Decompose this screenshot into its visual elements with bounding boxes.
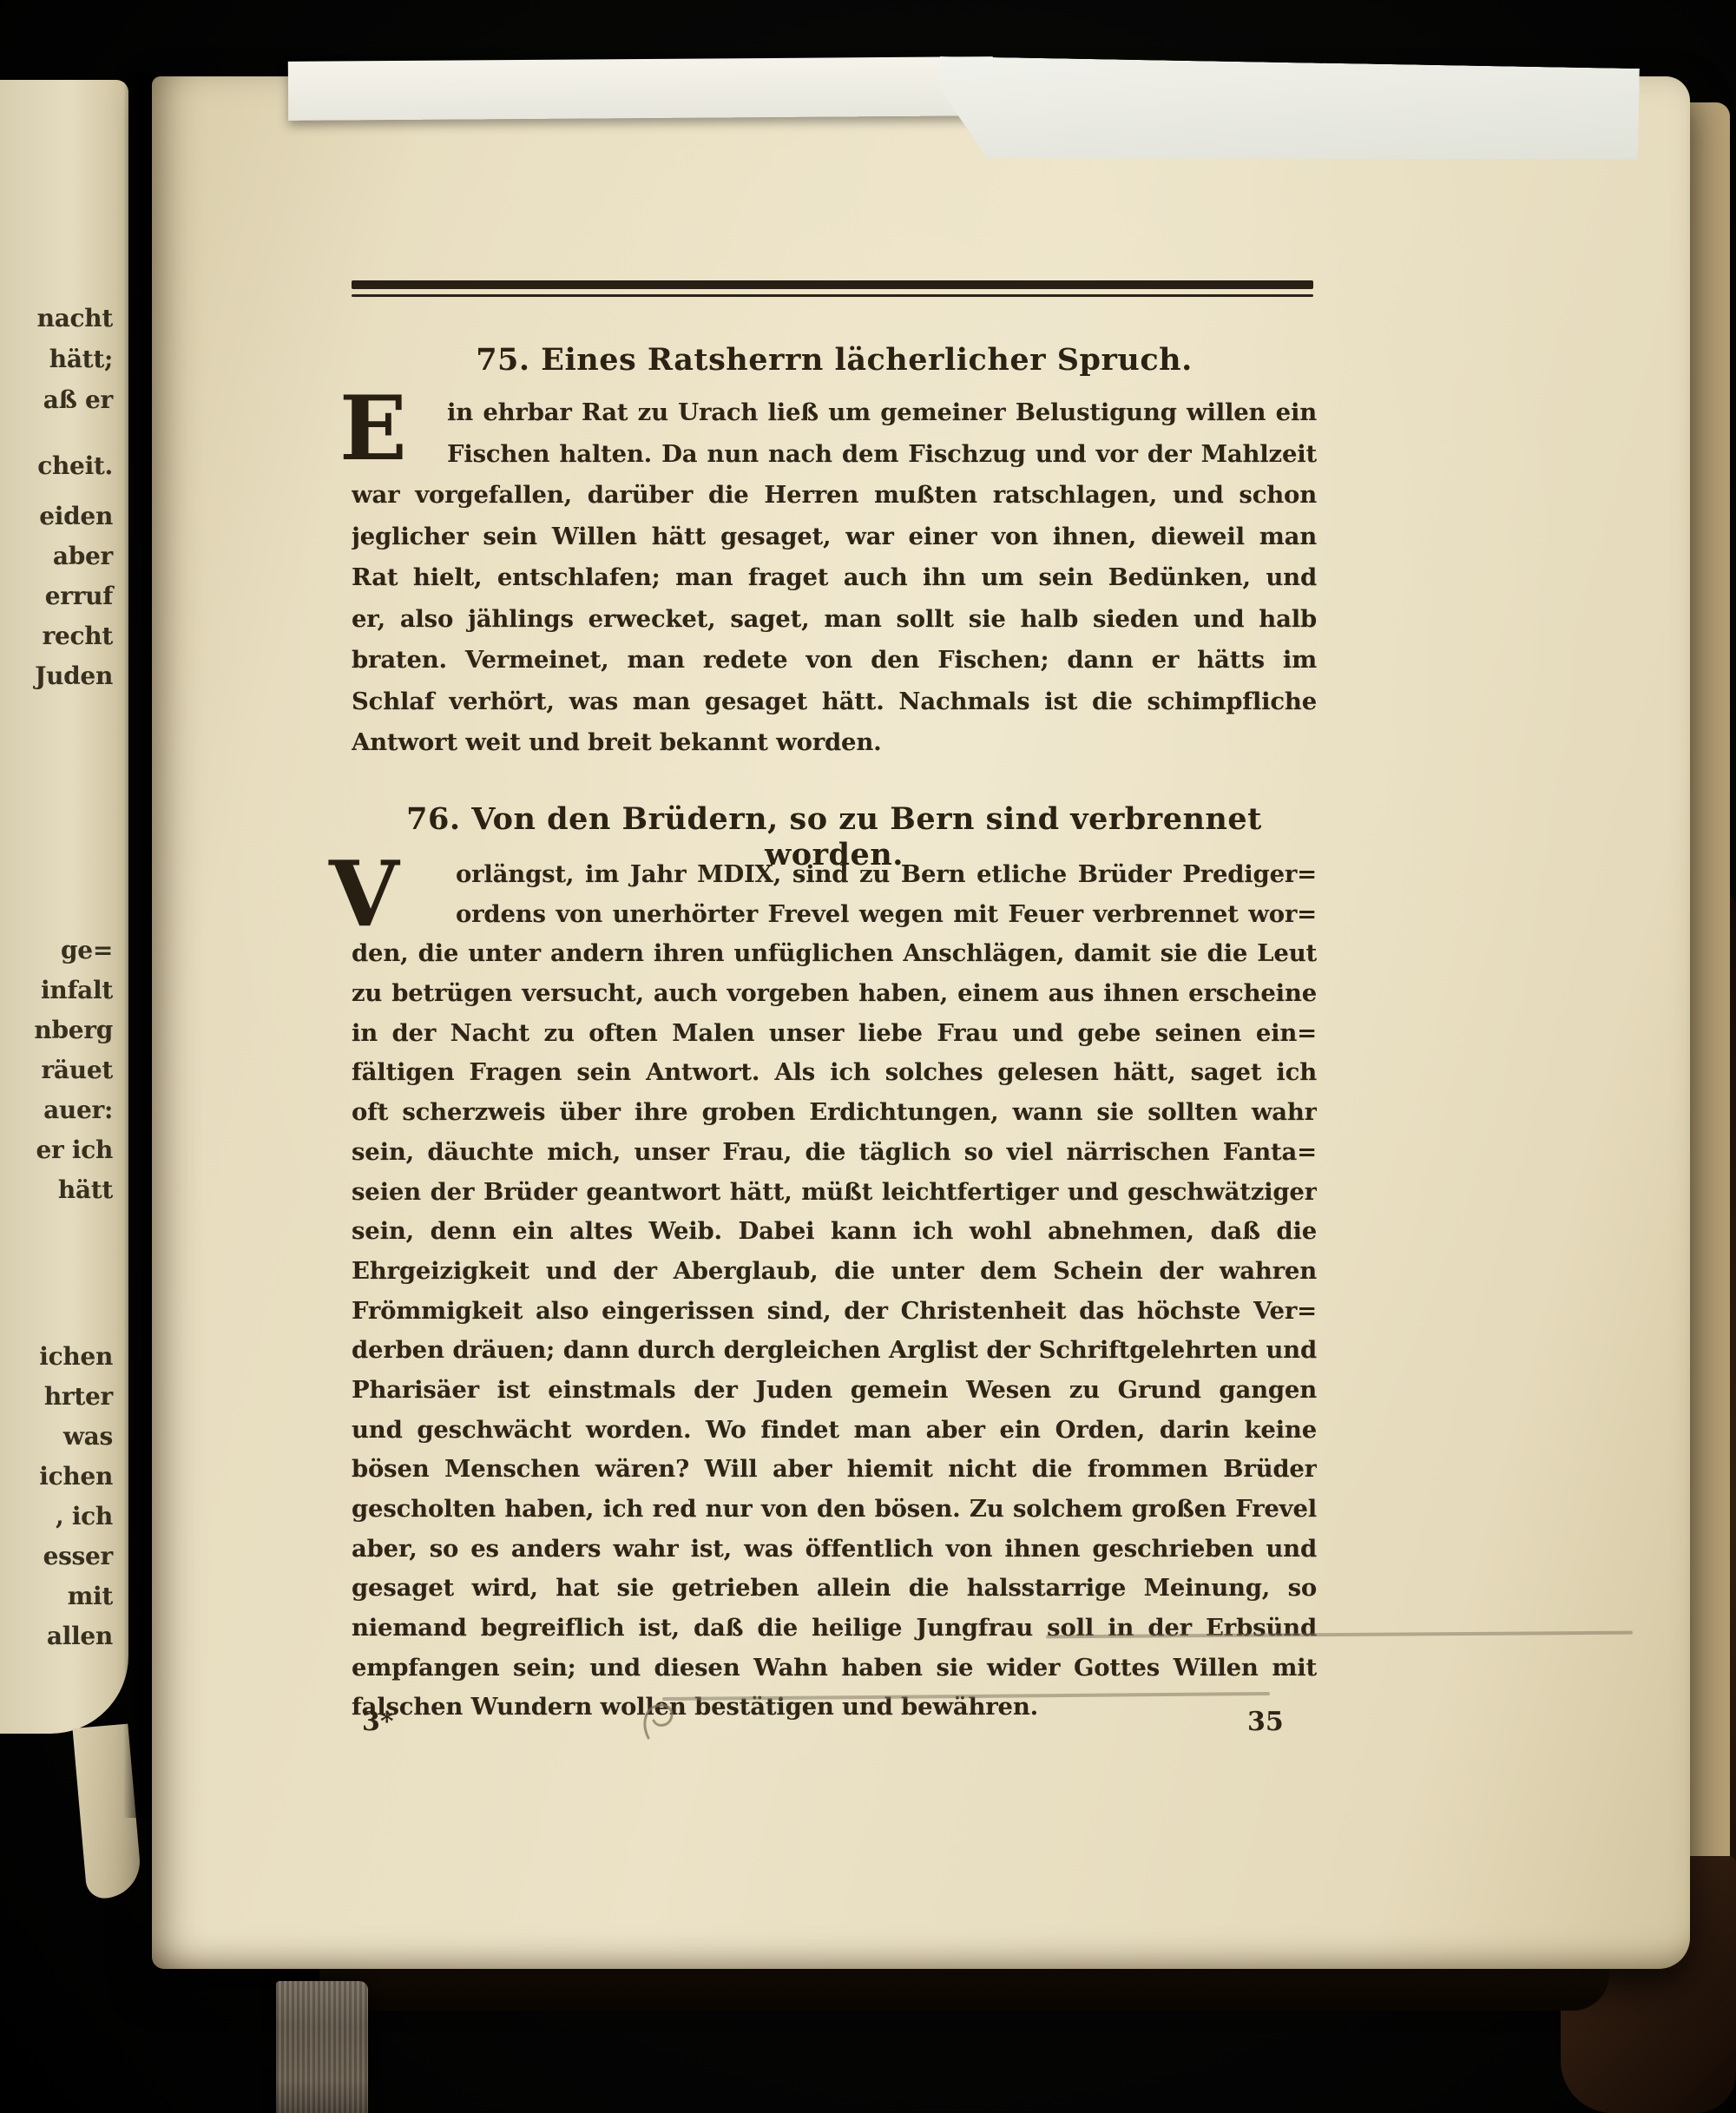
- text-line: fältigen Fragen sein Antwort. Als ich so…: [352, 1053, 1317, 1093]
- left-page-fragment: Juden: [0, 662, 113, 690]
- pencil-doodle: [636, 1698, 681, 1747]
- text-line: den, die unter andern ihren unfüglichen …: [352, 934, 1317, 974]
- left-page-fragment: recht: [0, 622, 113, 650]
- left-page-fragment: esser: [0, 1542, 113, 1570]
- text-line: sein, denn ein altes Weib. Dabei kann ic…: [352, 1212, 1317, 1252]
- loose-paper-sheet-right: [938, 56, 1640, 169]
- text-line: sein, däuchte mich, unser Frau, die tägl…: [352, 1133, 1317, 1173]
- text-line: zu betrügen versucht, auch vorgeben habe…: [352, 974, 1317, 1014]
- left-page-fragment: hätt: [0, 1175, 113, 1204]
- left-page-fragment: räuet: [0, 1056, 113, 1084]
- loose-paper-sheet-left: [288, 56, 993, 121]
- left-page-fragment: aber: [0, 542, 113, 570]
- bookmark-ribbon: [276, 1981, 368, 2113]
- left-page-fragment: infalt: [0, 976, 113, 1004]
- left-page-fragment: erruf: [0, 582, 113, 610]
- text-line: braten. Vermeinet, man redete von den Fi…: [352, 640, 1317, 681]
- text-line: ordens von unerhörter Frevel wegen mit F…: [352, 895, 1317, 935]
- rule-thin-bar: [352, 294, 1313, 297]
- book-page: 75. Eines Ratsherrn lächerlicher Spruch.…: [152, 76, 1690, 1969]
- left-page-fragment: nberg: [0, 1016, 113, 1044]
- dropcap-initial-V: V: [329, 852, 399, 937]
- text-line: Ehrgeizigkeit und der Aberglaub, die unt…: [352, 1252, 1317, 1292]
- text-line: orlängst, im Jahr MDIX, sind zu Bern etl…: [352, 855, 1317, 895]
- text-line: gesaget wird, hat sie getrieben allein d…: [352, 1569, 1317, 1609]
- text-line: Pharisäer ist einstmals der Juden gemein…: [352, 1371, 1317, 1411]
- text-line: Schlaf verhört, was man gesaget hätt. Na…: [352, 681, 1317, 723]
- text-line: er, also jählings erwecket, saget, man s…: [352, 599, 1317, 641]
- text-line: aber, so es anders wahr ist, was öffentl…: [352, 1530, 1317, 1570]
- left-page-fragment: hrter: [0, 1382, 113, 1411]
- left-page-sliver: nacht hätt; aß er cheit. eiden aber erru…: [0, 80, 128, 1734]
- book-photograph: nacht hätt; aß er cheit. eiden aber erru…: [0, 0, 1736, 2113]
- text-line: oft scherzweis über ihre groben Erdichtu…: [352, 1093, 1317, 1133]
- dropcap-initial-E: E: [339, 387, 407, 471]
- section-divider-rule: [352, 280, 1313, 297]
- section-75-paragraph: E in ehrbar Rat zu Urach ließ um gemeine…: [352, 392, 1317, 764]
- section-76-paragraph: V orlängst, im Jahr MDIX, sind zu Bern e…: [352, 855, 1317, 1728]
- section-75-heading: 75. Eines Ratsherrn lächerlicher Spruch.: [352, 342, 1317, 378]
- left-page-fragment: er ich: [0, 1135, 113, 1164]
- left-page-fragment: auer:: [0, 1096, 113, 1124]
- text-line: Antwort weit und breit bekannt worden.: [352, 722, 1317, 764]
- left-page-fragment: allen: [0, 1622, 113, 1650]
- text-line: gescholten haben, ich red nur von den bö…: [352, 1490, 1317, 1530]
- left-page-fragment: , ich: [0, 1502, 113, 1530]
- text-line: jeglicher sein Willen hätt gesaget, war …: [352, 517, 1317, 558]
- left-page-fragment: ichen: [0, 1462, 113, 1491]
- left-page-fragment: ge=: [0, 936, 113, 964]
- left-page-fragment: eiden: [0, 502, 113, 530]
- left-page-fragment: aß er: [0, 385, 113, 414]
- text-line: derben dräuen; dann durch dergleichen Ar…: [352, 1331, 1317, 1371]
- left-page-fragment: was: [0, 1422, 113, 1451]
- rule-thick-bar: [352, 280, 1313, 289]
- text-line: Rat hielt, entschlafen; man fraget auch …: [352, 557, 1317, 599]
- text-line: in der Nacht zu often Malen unser liebe …: [352, 1014, 1317, 1054]
- left-page-fragment: cheit.: [0, 451, 113, 480]
- left-page-fragment: ichen: [0, 1342, 113, 1371]
- text-line: Fischen halten. Da nun nach dem Fischzug…: [352, 434, 1317, 476]
- text-line: und geschwächt worden. Wo findet man abe…: [352, 1411, 1317, 1451]
- text-line: empfangen sein; und diesen Wahn haben si…: [352, 1649, 1317, 1688]
- left-page-fragment: mit: [0, 1582, 113, 1610]
- left-page-fragment: nacht: [0, 304, 113, 332]
- text-line: seien der Brüder geantwort hätt, müßt le…: [352, 1173, 1317, 1213]
- text-line: niemand begreiflich ist, daß die heilige…: [352, 1609, 1317, 1649]
- left-page-fragment: hätt;: [0, 345, 113, 373]
- page-number: 35: [1247, 1707, 1284, 1737]
- text-line: war vorgefallen, darüber die Herren mußt…: [352, 475, 1317, 517]
- text-line: in ehrbar Rat zu Urach ließ um gemeiner …: [352, 392, 1317, 434]
- signature-mark: 3*: [362, 1707, 394, 1737]
- book-bottom-board-edge: [319, 1962, 1609, 2011]
- text-line: bösen Menschen wären? Will aber hiemit n…: [352, 1450, 1317, 1490]
- text-line: Frömmigkeit also eingerissen sind, der C…: [352, 1292, 1317, 1332]
